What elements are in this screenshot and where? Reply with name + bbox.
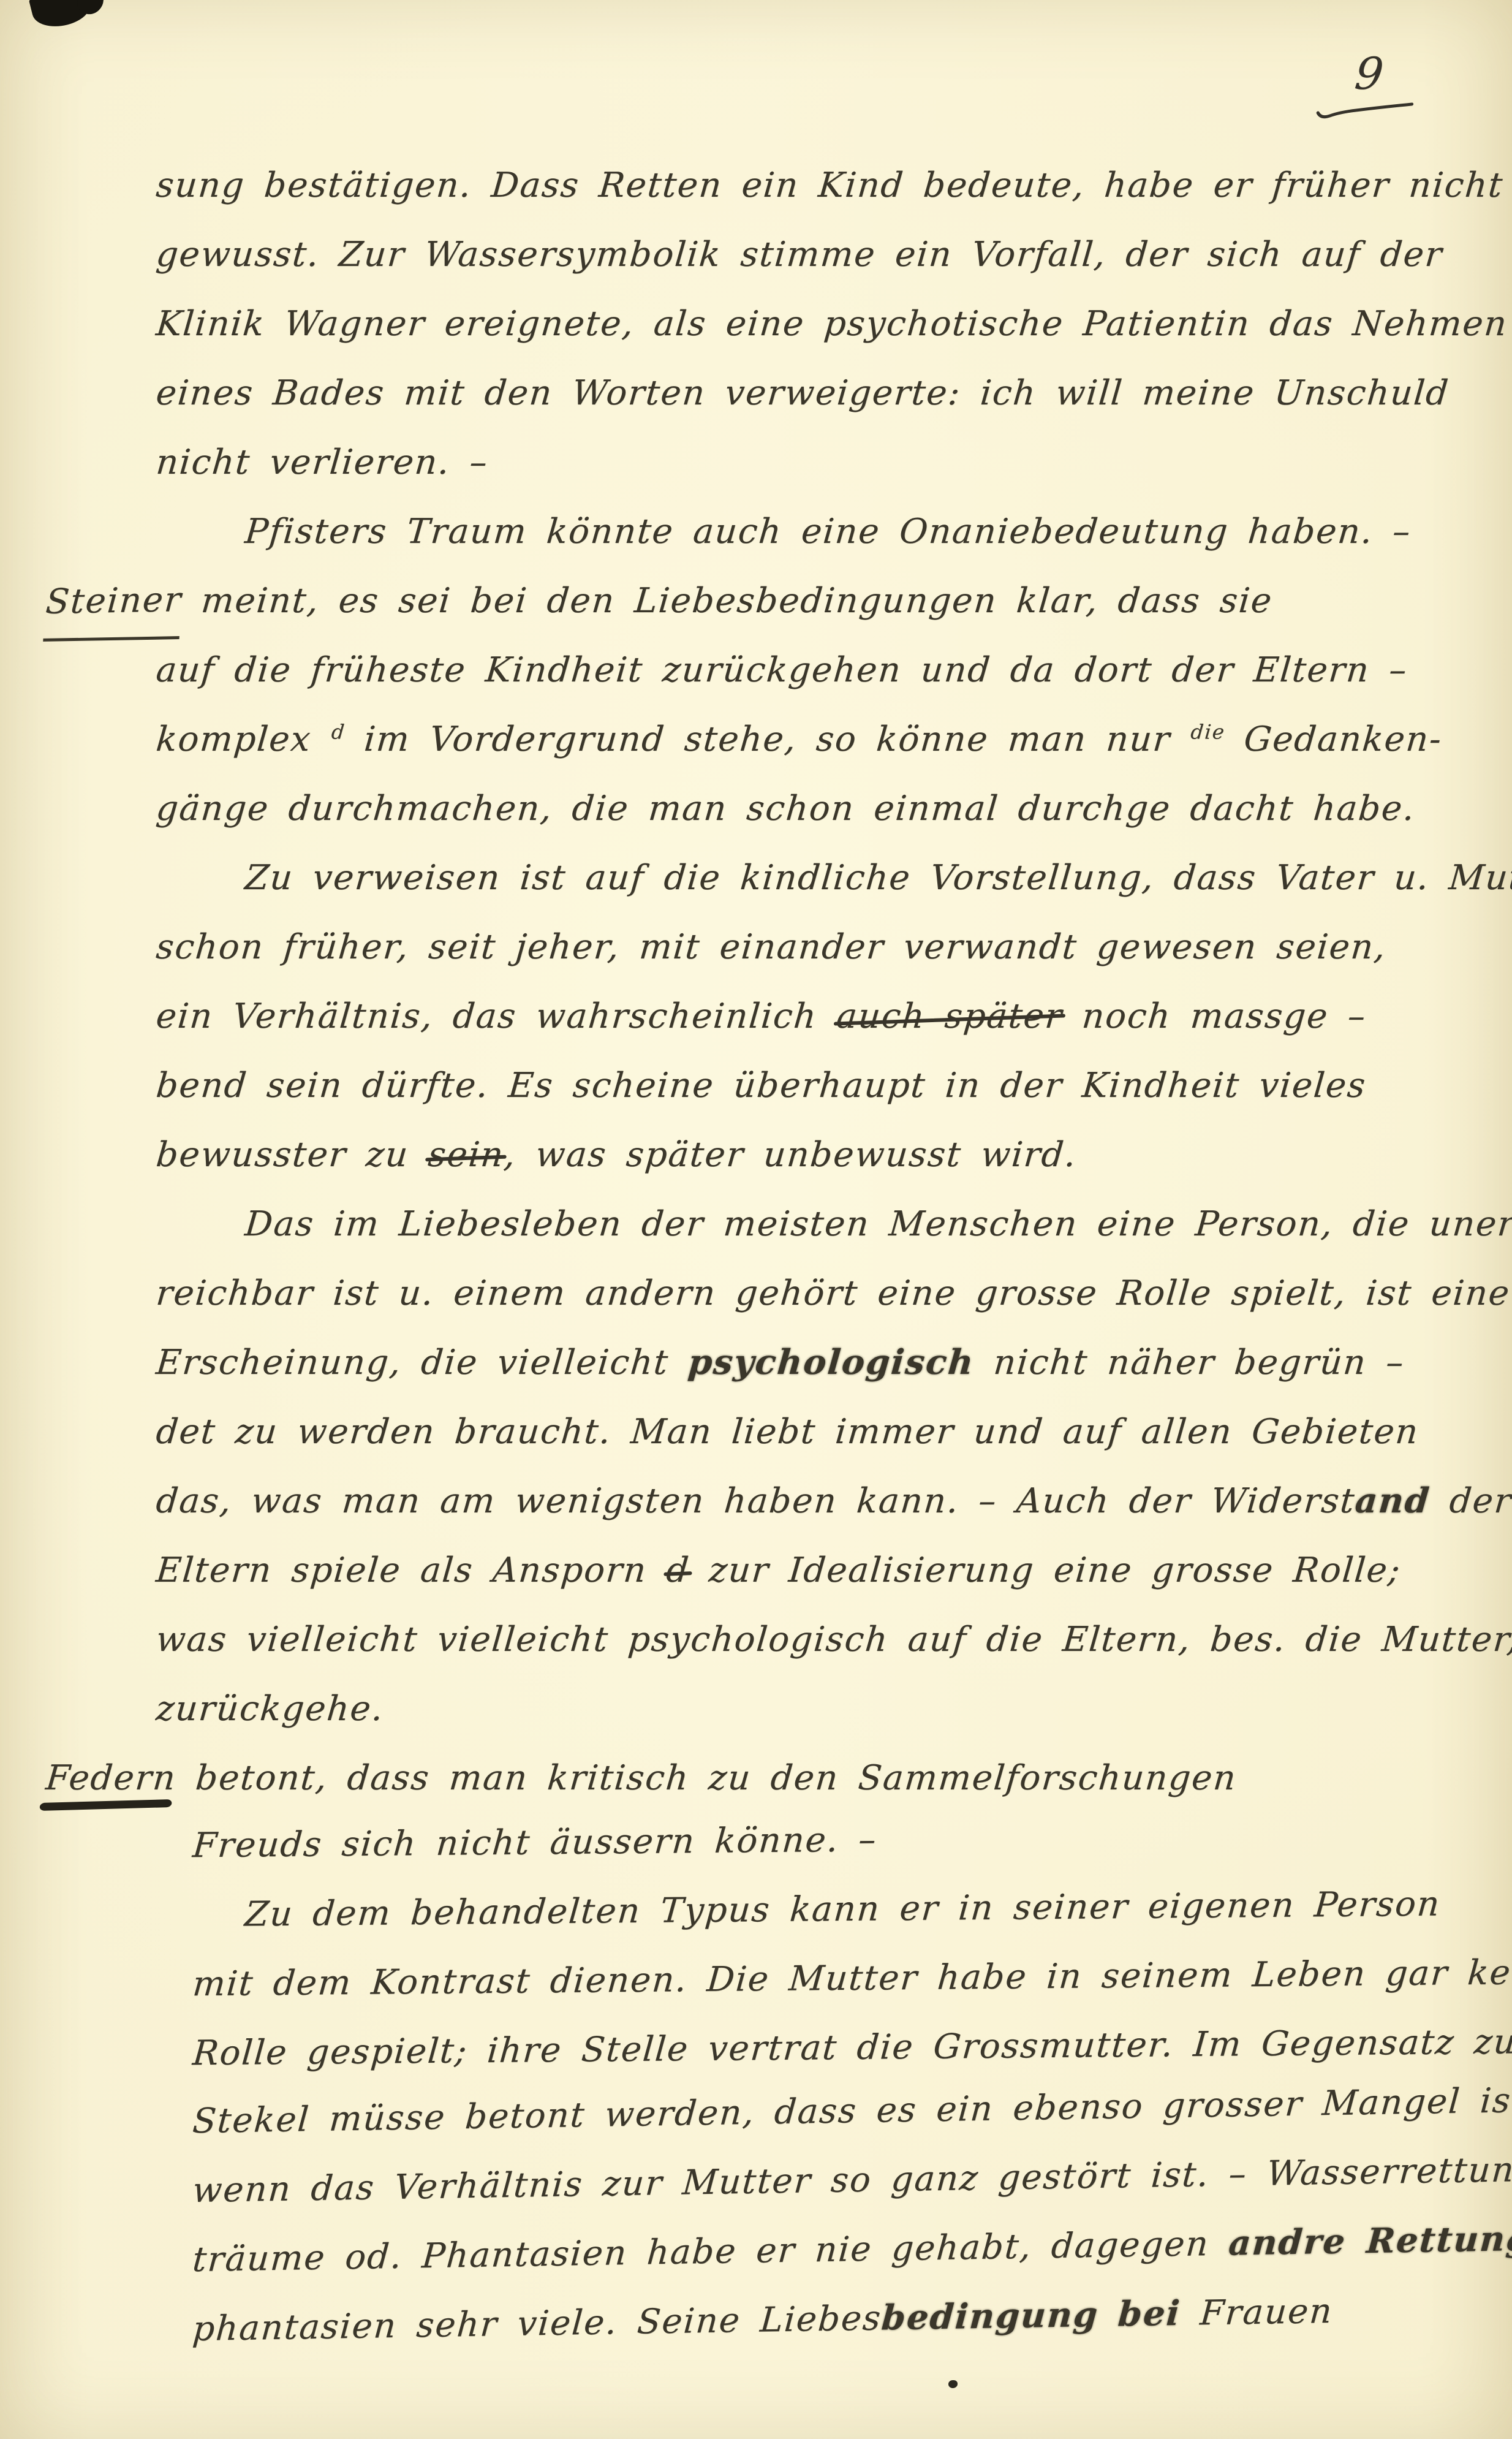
manuscript-line: gewusst. Zur Wassersymbolik stimme ein V… [0,220,1512,289]
manuscript-line: zurückgehe. [0,1674,1512,1743]
text-run: die [1190,720,1227,743]
manuscript-line: ein Verhältnis, das wahrscheinlich auch … [0,982,1512,1051]
text-run: Federn [43,1743,180,1813]
manuscript-page: 9 sung bestätigen. Dass Retten ein Kind … [0,0,1512,2439]
text-run: andre Rettungs [1227,2218,1512,2263]
manuscript-line: Zu dem behandelten Typus kann er in sein… [0,1868,1512,1951]
text-run: zurückgehe. [154,1689,385,1729]
text-run: nicht verlieren. – [154,442,490,482]
text-run: mit dem Kontrast dienen. Die Mutter habe… [191,1952,1512,2005]
text-run: im Vordergrund stehe, so könne man nur [343,719,1192,759]
text-run: ein Verhältnis, das wahrscheinlich [154,996,838,1036]
text-run: nicht näher begrün – [972,1343,1406,1383]
text-run: bedingung [880,2294,1100,2338]
text-run: Eltern spiele als Ansporn [154,1550,668,1590]
text-run: and [1353,1481,1432,1521]
text-run: Gedanken- [1223,719,1444,759]
text-run: , was später unbewusst wird. [502,1135,1078,1175]
text-run [1097,2294,1120,2334]
text-run: gänge durchmachen, die man schon einmal … [154,789,1417,829]
text-run: das, was man am wenigsten haben kann. – … [154,1481,1357,1521]
manuscript-line: eines Bades mit den Worten verweigerte: … [0,358,1512,428]
text-run: Stekel müsse betont werden, dass es ein … [191,2081,1512,2141]
text-run: schon früher, seit jeher, mit einander v… [154,927,1388,967]
text-run: Zu dem behandelten Typus kann er in sein… [243,1884,1442,1935]
text-run: bend sein dürfte. Es scheine überhaupt i… [154,1066,1368,1106]
text-run: det zu werden braucht. Man liebt immer u… [154,1412,1421,1452]
manuscript-line: Das im Liebesleben der meisten Menschen … [0,1189,1512,1259]
text-run: phantasien sehr viele. Seine Liebes [191,2299,883,2350]
text-run: auf die früheste Kindheit zurückgehen un… [154,650,1409,690]
text-run: auch später [834,982,1066,1051]
text-run: reichbar ist u. einem andern gehört eine… [154,1273,1512,1313]
manuscript-line: mit dem Kontrast dienen. Die Mutter habe… [0,1938,1512,2020]
text-run: bewusster zu [154,1135,430,1175]
manuscript-line: Pfisters Traum könnte auch eine Onaniebe… [0,497,1512,566]
manuscript-line: Steiner meint, es sei bei den Liebesbedi… [0,566,1512,635]
text-run: sein [425,1120,507,1189]
manuscript-line: bend sein dürfte. Es scheine überhaupt i… [0,1051,1512,1120]
manuscript-line: komplex d im Vordergrund stehe, so könne… [0,705,1512,774]
text-run: psychologisch [687,1342,977,1383]
text-run: noch massge – [1061,996,1368,1036]
text-run: bei [1117,2293,1182,2335]
manuscript-line: auf die früheste Kindheit zurückgehen un… [0,635,1512,705]
text-run: der [1428,1481,1512,1521]
page-number: 9 [1306,48,1431,121]
manuscript-line: gänge durchmachen, die man schon einmal … [0,774,1512,843]
text-run: komplex [154,719,333,759]
manuscript-line: Zu verweisen ist auf die kindliche Vorst… [0,843,1512,912]
text-run: Freuds sich nicht äussern könne. – [191,1820,879,1866]
manuscript-line: schon früher, seit jeher, mit einander v… [0,912,1512,982]
text-run: Erscheinung, die vielleicht [154,1343,690,1383]
page-number-value: 9 [1353,48,1386,99]
manuscript-line: nicht verlieren. – [0,428,1512,497]
manuscript-lines: sung bestätigen. Dass Retten ein Kind be… [0,151,1512,2367]
text-run: Klinik Wagner ereignete, als eine psycho… [154,304,1510,344]
text-run: sung bestätigen. Dass Retten ein Kind be… [154,165,1505,205]
text-run: Steiner [43,565,184,642]
ink-dot-bottom [948,2380,958,2388]
text-run: Frauen [1179,2291,1334,2334]
manuscript-line: was vielleicht vielleicht psychologisch … [0,1605,1512,1674]
text-run: Pfisters Traum könnte auch eine Onaniebe… [243,512,1413,552]
text-run: Zu verweisen ist auf die kindliche Vorst… [243,858,1512,898]
manuscript-line: Klinik Wagner ereignete, als eine psycho… [0,289,1512,358]
text-run: d [663,1536,693,1605]
text-run: zur Idealisierung eine grosse Rolle; [688,1550,1403,1590]
manuscript-line: det zu werden braucht. Man liebt immer u… [0,1397,1512,1466]
text-run: gewusst. Zur Wassersymbolik stimme ein V… [154,235,1445,275]
text-run: meint, es sei bei den Liebesbedingungen … [180,581,1274,621]
manuscript-line: sung bestätigen. Dass Retten ein Kind be… [0,151,1512,220]
page-number-underline-flourish [1312,96,1419,121]
text-run: was vielleicht vielleicht psychologisch … [154,1620,1512,1660]
manuscript-line: bewusster zu sein, was später unbewusst … [0,1120,1512,1189]
text-run: Rolle gespielt; ihre Stelle vertrat die … [191,2022,1512,2073]
text-run: d [330,720,346,743]
manuscript-line: Eltern spiele als Ansporn d zur Idealisi… [0,1536,1512,1605]
text-run: wenn das Verhältnis zur Mutter so ganz g… [191,2149,1512,2210]
text-run: eines Bades mit den Worten verweigerte: … [154,373,1451,413]
text-run: betont, dass man kritisch zu den Sammelf… [175,1758,1239,1798]
text-run: Das im Liebesleben der meisten Menschen … [243,1204,1512,1244]
manuscript-line: Erscheinung, die vielleicht psychologisc… [0,1328,1512,1397]
manuscript-line: reichbar ist u. einem andern gehört eine… [0,1259,1512,1328]
manuscript-line: Freuds sich nicht äussern könne. – [0,1799,1512,1882]
manuscript-line: das, was man am wenigsten haben kann. – … [0,1466,1512,1536]
text-run: träume od. Phantasien habe er nie gehabt… [191,2224,1230,2280]
